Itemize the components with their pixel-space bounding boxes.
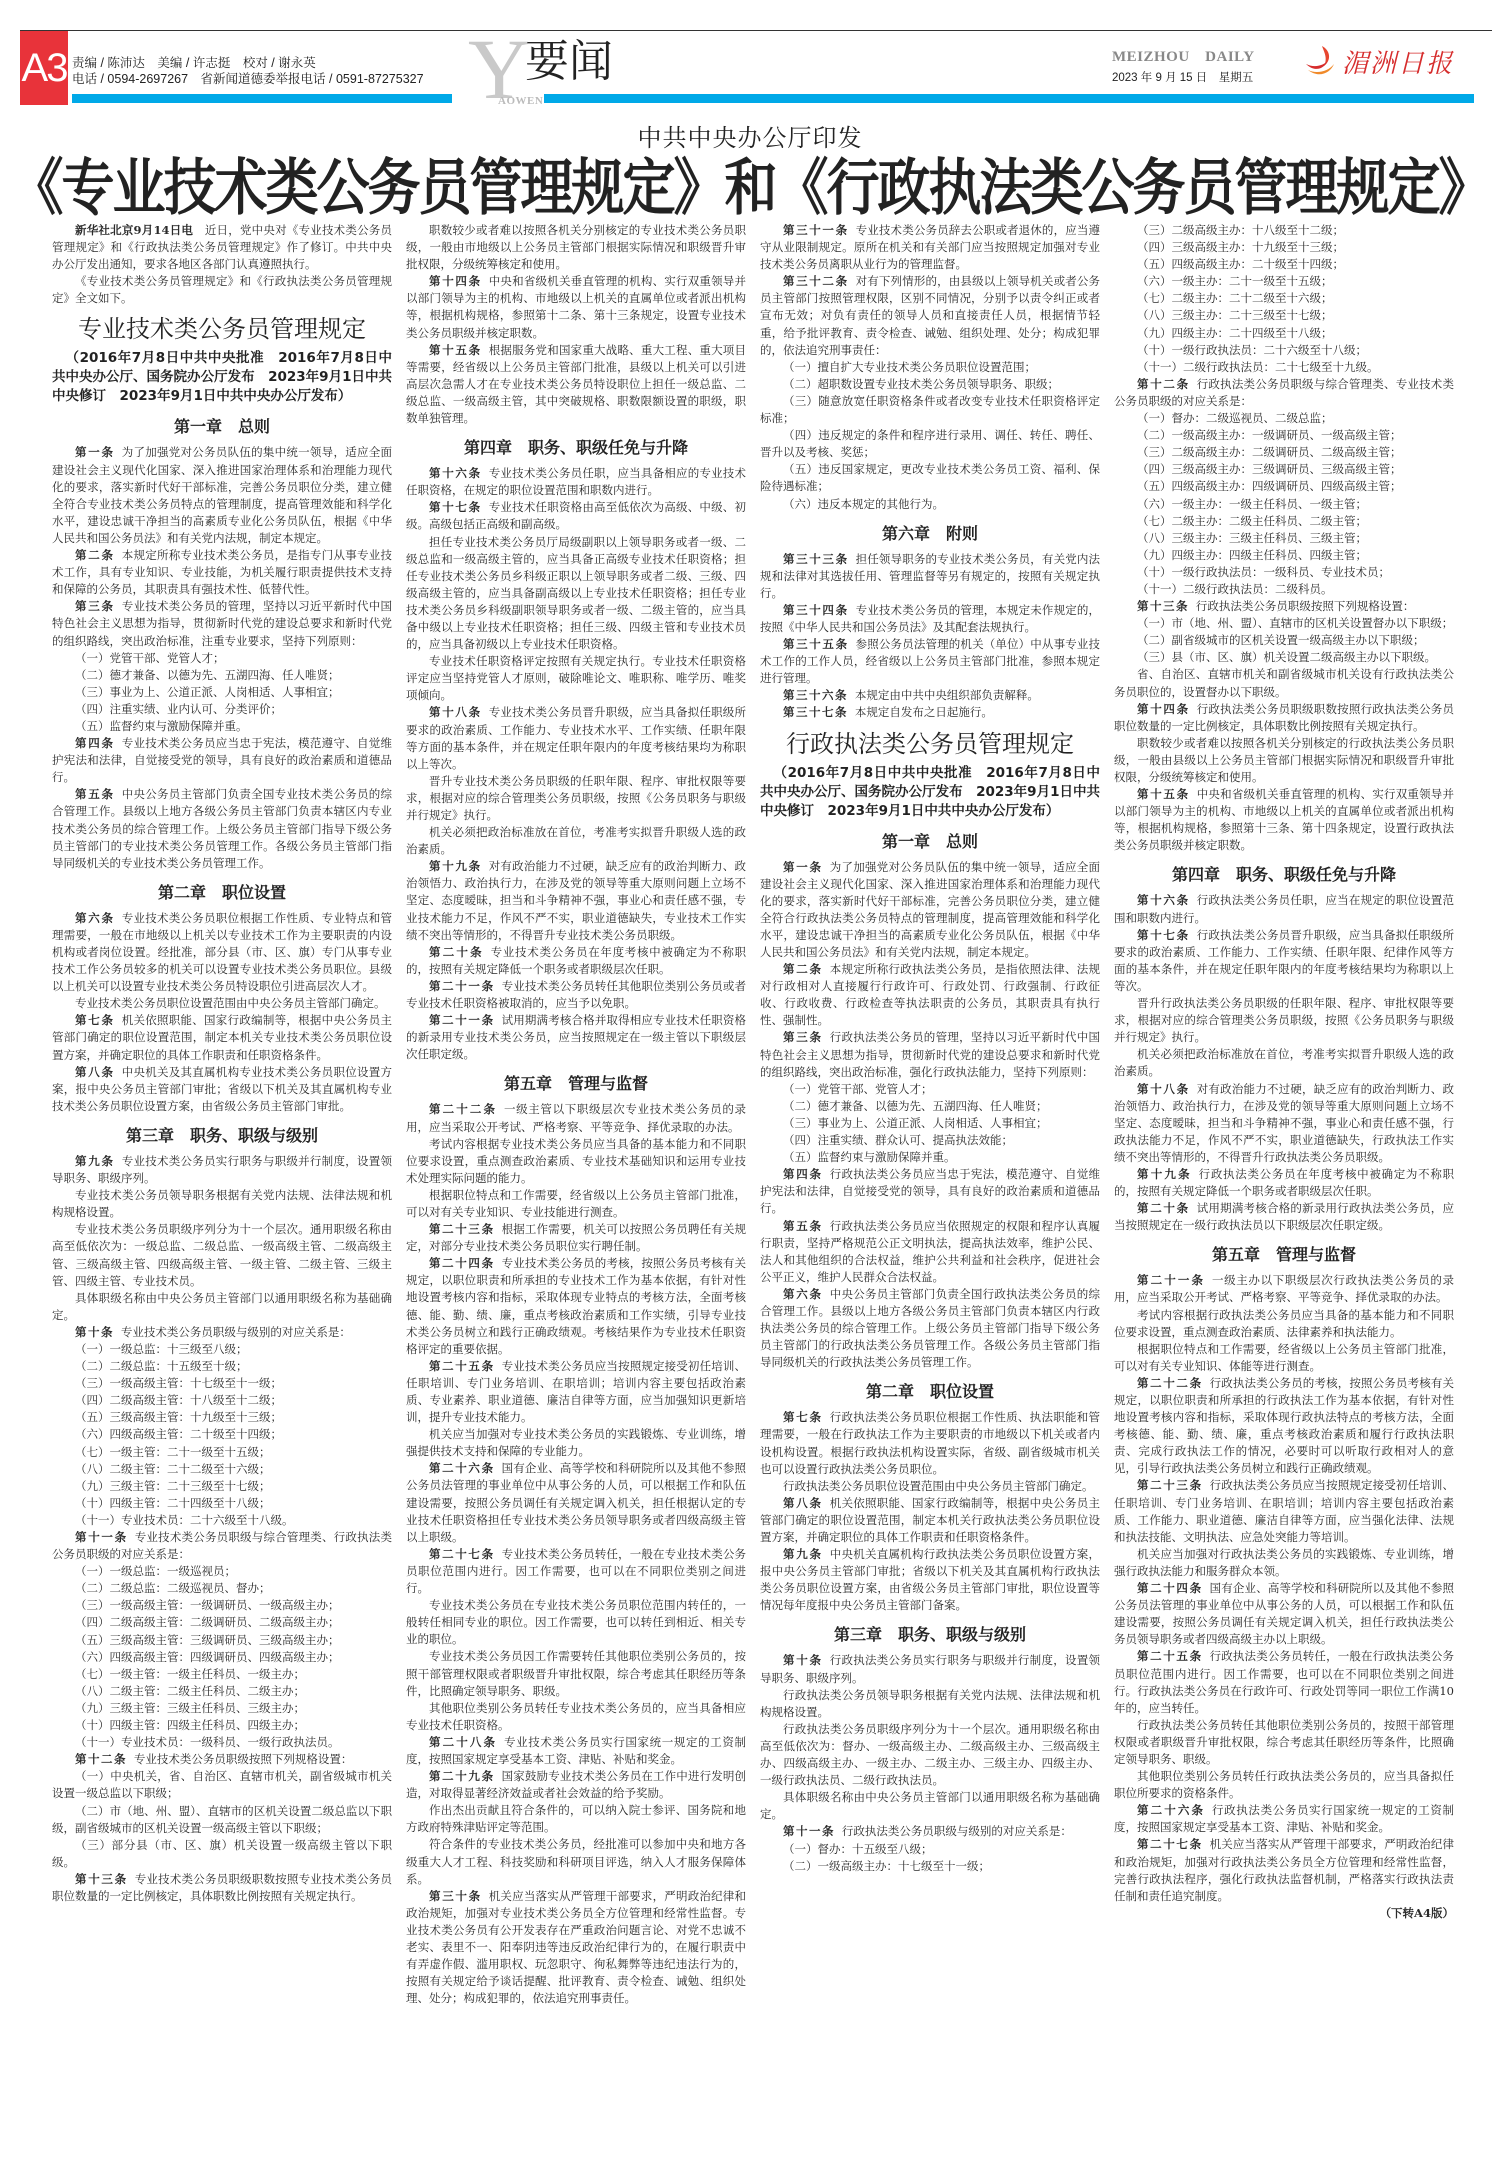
continued-on-a4[interactable]: （下转A4版） <box>1114 1905 1454 1922</box>
article-headline: 《专业技术类公务员管理规定》和《行政执法类公务员管理规定》 <box>0 152 1500 226</box>
column-3: 第三十一条专业技术类公务员辞去公职或者退休的，应当遵守从业限制规定。原所在机关和… <box>760 222 1100 2162</box>
r1-article-26: 第二十六条国有企业、高等学校和科研院所以及其他不参照公务员法管理的事业单位中从事… <box>406 1460 746 1545</box>
r1-article-20: 第二十条专业技术类公务员在年度考核中被确定为不称职的，按照有关规定降低一个职务或… <box>406 944 746 978</box>
r1-a11-item: （十）四级主管：四级主任科员、四级主办； <box>52 1717 392 1734</box>
r1-chapter-4: 第四章 职务、职级任免与升降 <box>406 437 746 459</box>
r2-article-9: 第九条中央机关直属机构行政执法类公务员职位设置方案，报中央公务员主管部门审批；省… <box>760 1546 1100 1614</box>
r2-article-2: 第二条本规定所称行政执法类公务员，是指依照法律、法规对行政相对人直接履行行政许可… <box>760 961 1100 1029</box>
r2-a12-item: （二）一级高级主办：一级调研员、一级高级主管； <box>1114 427 1454 444</box>
r1-article-17c: 专业技术任职资格评定按照有关规定执行。专业技术任职资格评定应当坚持党管人才原则，… <box>406 653 746 704</box>
r1-a3-item: （五）监督约束与激励保障并重。 <box>52 718 392 735</box>
r1-a10-item: （三）一级高级主管：十七级至十一级； <box>52 1375 392 1392</box>
r1-article-21b: 第二十一条试用期满考核合格并取得相应专业技术任职资格的新录用专业技术类公务员，应… <box>406 1012 746 1063</box>
r1-article-10: 第十条专业技术类公务员职级与级别的对应关系是： <box>52 1324 392 1341</box>
masthead: A3 责编 / 陈沛达 美编 / 许志挺 校对 / 谢永英 电话 / 0594-… <box>20 31 1500 105</box>
r2-a11-item: （一）督办：十五级至八级； <box>760 1841 1100 1858</box>
r2-article-21b: 考试内容根据行政执法类公务员应当具备的基本能力和不同职位要求设置，重点测查政治素… <box>1114 1307 1454 1341</box>
r2-a12-item: （五）四级高级主办：四级调研员、四级高级主管； <box>1114 478 1454 495</box>
r1-article-29b: 作出杰出贡献且符合条件的，可以纳入院士参评、国务院和地方政府特殊津贴评定等范围。 <box>406 1802 746 1836</box>
credits-line-2: 电话 / 0594-2697267 省新闻道德委举报电话 / 0591-8727… <box>72 71 424 87</box>
page-number-badge: A3 <box>20 31 68 105</box>
r2-article-6: 第六条中央公务员主管部门负责全国行政执法类公务员的综合管理工作。县级以上地方各级… <box>760 1286 1100 1371</box>
r1-a32-item: （四）违反规定的条件和程序进行录用、调任、转任、聘任、晋升以及考核、奖惩； <box>760 427 1100 461</box>
column-1: 新华社北京9月14日电 近日，党中央对《专业技术类公务员管理规定》和《行政执法类… <box>52 222 392 2162</box>
r1-article-29: 第二十九条国家鼓励专业技术类公务员在工作中进行发明创造，对取得显著经济效益或者社… <box>406 1768 746 1802</box>
r1-chapter-6: 第六章 附则 <box>760 523 1100 545</box>
r1-a12-item: （一）中央机关，省、自治区、直辖市机关，副省级城市机关设置一级总监以下职级； <box>52 1768 392 1802</box>
r2-article-24: 第二十四条国有企业、高等学校和科研院所以及其他不参照公务员法管理的事业单位中从事… <box>1114 1580 1454 1648</box>
r2-a11-item: （五）四级高级主办：二十级至十四级； <box>1114 256 1454 273</box>
r1-article-8: 第八条中央机关及其直属机构专业技术类公务员职位设置方案，报中央公务员主管部门审批… <box>52 1064 392 1115</box>
r1-a10-item: （二）二级总监：十五级至十级； <box>52 1358 392 1375</box>
r1-a12-item: （二）市（地、州、盟）、直辖市的区机关设置二级总监以下职级，副省级城市的区机关设… <box>52 1803 392 1837</box>
r1-article-13: 第十三条专业技术类公务员职级职数按照专业技术类公务员职位数量的一定比例核定，具体… <box>52 1871 392 1905</box>
r2-article-8: 第八条机关依照职能、国家行政编制等，根据中央公务员主管部门确定的职位设置范围，制… <box>760 1495 1100 1546</box>
r2-article-11: 第十一条行政执法类公务员职级与级别的对应关系是： <box>760 1823 1100 1840</box>
r2-a11-item: （十一）二级行政执法员：二十七级至十九级。 <box>1114 359 1454 376</box>
r1-article-28: 第二十八条专业技术类公务员实行国家统一规定的工资制度，按照国家规定享受基本工资、… <box>406 1734 746 1768</box>
r2-article-20: 第二十条试用期满考核合格的新录用行政执法类公务员，应当按照规定在一级行政执法员以… <box>1114 1200 1454 1234</box>
r2-article-13b: 省、自治区、直辖市机关和副省级城市机关设有行政执法类公务员职位的，设置督办以下职… <box>1114 666 1454 700</box>
r2-a11-item: （七）二级主办：二十二级至十六级； <box>1114 290 1454 307</box>
r1-article-9: 第九条专业技术类公务员实行职务与职级并行制度，设置领导职务、职级序列。 <box>52 1153 392 1187</box>
r2-article-25c: 其他职位类别公务员转任行政执法类公务员的，应当具备拟任职位所要求的资格条件。 <box>1114 1768 1454 1802</box>
r1-a11-item: （四）二级高级主管：二级调研员、二级高级主办； <box>52 1614 392 1631</box>
r1-a32-item: （五）违反国家规定，更改专业技术类公务员工资、福利、保险待遇标准； <box>760 461 1100 495</box>
r1-a12-item: （三）部分县（市、区、旗）机关设置一级高级主管以下职级。 <box>52 1837 392 1871</box>
r1-a11-item: （六）四级高级主管：四级调研员、四级高级主办； <box>52 1649 392 1666</box>
r1-article-36: 第三十六条本规定由中共中央组织部负责解释。 <box>760 687 1100 704</box>
r2-a3-item: （四）注重实绩、群众认可、提高执法效能； <box>760 1132 1100 1149</box>
r2-article-13: 第十三条行政执法类公务员职级按照下列规格设置： <box>1114 598 1454 615</box>
r1-article-5: 第五条中央公务员主管部门负责全国专业技术类公务员的综合管理工作。县级以上地方各级… <box>52 786 392 871</box>
r1-a10-item: （七）一级主管：二十一级至十五级； <box>52 1444 392 1461</box>
r2-article-25: 第二十五条行政执法类公务员转任，一般在行政执法类公务员职位范围内进行。因工作需要… <box>1114 1648 1454 1716</box>
r2-article-21c: 根据职位特点和工作需要，经省级以上公务员主管部门批准，可以对有关专业知识、体能等… <box>1114 1341 1454 1375</box>
r1-a10-item: （五）三级高级主管：十九级至十三级； <box>52 1409 392 1426</box>
r1-article-11: 第十一条专业技术类公务员职级与综合管理类、行政执法类公务员职级的对应关系是： <box>52 1529 392 1563</box>
r1-article-19: 第十九条对有政治能力不过硬，缺乏应有的政治判断力、政治领悟力、政治执行力，在涉及… <box>406 858 746 943</box>
r1-article-12: 第十二条专业技术类公务员职级按照下列规格设置： <box>52 1751 392 1768</box>
r1-article-25b: 机关应当加强对专业技术类公务员的实践锻炼、专业训练，增强提供技术支持和保障的专业… <box>406 1426 746 1460</box>
r1-article-6: 第六条专业技术类公务员职位根据工作性质、专业特点和管理需要，一般在市地级以上机关… <box>52 910 392 995</box>
r2-article-22: 第二十二条行政执法类公务员的考核，按照公务员考核有关规定，以职位职责和所承担的行… <box>1114 1375 1454 1478</box>
r1-a10-item: （八）二级主管：二十二级至十六级； <box>52 1461 392 1478</box>
r2-a12-item: （九）四级主办：四级主任科员、四级主管； <box>1114 547 1454 564</box>
r1-article-6b: 专业技术类公务员职位设置范围由中央公务员主管部门确定。 <box>52 995 392 1012</box>
r2-a13-item: （一）市（地、州、盟）、直辖市的区机关设置督办以下职级； <box>1114 615 1454 632</box>
r1-a11-item: （九）三级主管：三级主任科员、三级主办； <box>52 1700 392 1717</box>
r1-article-33: 第三十三条担任领导职务的专业技术类公务员，有关党内法规和法律对其选拔任用、管理监… <box>760 551 1100 602</box>
r2-a11-item: （三）二级高级主办：十八级至十二级； <box>1114 222 1454 239</box>
r2-article-5: 第五条行政执法类公务员应当依照规定的权限和程序认真履行职责，坚持严格规范公正文明… <box>760 1218 1100 1286</box>
r2-a3-item: （三）事业为上、公道正派、人岗相适、人事相宜； <box>760 1115 1100 1132</box>
r1-article-21: 第二十一条专业技术类公务员转任其他职位类别公务员或者专业技术任职资格被取消的，应… <box>406 978 746 1012</box>
r2-chapter-2: 第二章 职位设置 <box>760 1381 1100 1403</box>
r2-a3-item: （二）德才兼备、以德为先、五湖四海、任人唯贤； <box>760 1098 1100 1115</box>
r2-a11-item: （八）三级主办：二十三级至十七级； <box>1114 307 1454 324</box>
r1-article-18c: 机关必须把政治标准放在首位，考准考实拟晋升职级人选的政治素质。 <box>406 824 746 858</box>
r2-article-17: 第十七条行政执法类公务员晋升职级，应当具备拟任职级所要求的政治素质、工作能力、工… <box>1114 927 1454 995</box>
r2-a12-item: （六）一级主办：一级主任科员、一级主管； <box>1114 496 1454 513</box>
r1-a3-item: （四）注重实绩、业内认可、分类评价； <box>52 701 392 718</box>
r1-article-9d: 具体职级名称由中央公务员主管部门以通用职级名称为基础确定。 <box>52 1290 392 1324</box>
r1-chapter-1: 第一章 总则 <box>52 416 392 438</box>
r2-a3-item: （一）党管干部、党管人才； <box>760 1081 1100 1098</box>
r1-article-18b: 晋升专业技术类公务员职级的任职年限、程序、审批权限等要求，根据对应的综合管理类公… <box>406 773 746 824</box>
accent-bar-left <box>72 94 452 103</box>
r2-a11-item: （九）四级主办：二十四级至十八级； <box>1114 325 1454 342</box>
r1-article-17b: 担任专业技术类公务员厅局级副职以上领导职务或者一级、二级总监和一级高级主管的，应… <box>406 534 746 654</box>
r2-article-14: 第十四条行政执法类公务员职级职数按照行政执法类公务员职位数量的一定比例核定，具体… <box>1114 701 1454 735</box>
regulation-2-title: 行政执法类公务员管理规定 <box>760 728 1100 760</box>
r1-article-22b: 考试内容根据专业技术类公务员应当具备的基本能力和不同职位要求设置，重点测查政治素… <box>406 1136 746 1187</box>
r2-a12-item: （七）二级主办：二级主任科员、二级主管； <box>1114 513 1454 530</box>
r1-a11-item: （十一）专业技术员：一级科员、一级行政执法员。 <box>52 1734 392 1751</box>
r1-a10-item: （十）四级主管：二十四级至十八级； <box>52 1495 392 1512</box>
r2-article-25b: 行政执法类公务员转任其他职位类别公务员的，按照干部管理权限或者职级晋升审批权限，… <box>1114 1717 1454 1768</box>
r2-a11-item: （六）一级主办：二十一级至十五级； <box>1114 273 1454 290</box>
r1-article-24: 第二十四条专业技术类公务员的考核，按照公务员考核有关规定，以职位职责和所承担的专… <box>406 1255 746 1358</box>
r2-article-10d: 具体职级名称由中央公务员主管部门以通用职级名称为基础确定。 <box>760 1789 1100 1823</box>
r2-article-10c: 行政执法类公务员职级序列分为十一个层次。通用职级名称由高至低依次为：督办、一级高… <box>760 1721 1100 1789</box>
r2-a11-item: （二）一级高级主办：十七级至十一级； <box>760 1858 1100 1875</box>
r2-a11-item: （四）三级高级主办：十九级至十三级； <box>1114 239 1454 256</box>
r1-a32-item: （六）违反本规定的其他行为。 <box>760 496 1100 513</box>
r1-a32-item: （三）随意放宽任职资格条件或者改变专业技术任职资格评定标准； <box>760 393 1100 427</box>
r2-chapter-4: 第四章 职务、职级任免与升降 <box>1114 864 1454 886</box>
r2-a11-item: （十）一级行政执法员：二十六级至十八级； <box>1114 342 1454 359</box>
r2-article-4: 第四条行政执法类公务员应当忠于宪法，模范遵守、自觉维护宪法和法律，自觉接受党的领… <box>760 1166 1100 1217</box>
r1-article-29c: 符合条件的专业技术类公务员，经批准可以参加中央和地方各级重大人才工程、科技奖励和… <box>406 1836 746 1887</box>
r2-article-19: 第十九条行政执法类公务员在年度考核中被确定为不称职的，按照有关规定降低一个职务或… <box>1114 1166 1454 1200</box>
r1-a10-item: （十一）专业技术员：二十六级至十八级。 <box>52 1512 392 1529</box>
r2-a3-item: （五）监督约束与激励保障并重。 <box>760 1149 1100 1166</box>
r2-article-12: 第十二条行政执法类公务员职级与综合管理类、专业技术类公务员职级的对应关系是： <box>1114 376 1454 410</box>
r1-article-32: 第三十二条对有下列情形的，由县级以上领导机关或者公务员主管部门按照管理权限，区别… <box>760 273 1100 358</box>
r1-article-27: 第二十七条专业技术类公务员转任，一般在专业技术类公务员职位范围内进行。因工作需要… <box>406 1546 746 1597</box>
r1-chapter-2: 第二章 职位设置 <box>52 882 392 904</box>
r1-a32-item: （一）擅自扩大专业技术类公务员职位设置范围； <box>760 359 1100 376</box>
editor-credits: 责编 / 陈沛达 美编 / 许志挺 校对 / 谢永英 电话 / 0594-269… <box>72 55 424 87</box>
r2-a12-item: （一）督办：二级巡视员、二级总监； <box>1114 410 1454 427</box>
accent-bar-right <box>544 94 1474 103</box>
r2-article-1: 第一条为了加强党对公务员队伍的集中统一领导，适应全面建设社会主义现代化国家、深入… <box>760 859 1100 962</box>
r1-a11-item: （八）二级主管：二级主任科员、二级主办； <box>52 1683 392 1700</box>
r2-a12-item: （十一）二级行政执法员：二级科员。 <box>1114 581 1454 598</box>
r2-article-7: 第七条行政执法类公务员职位根据工作性质、执法职能和管理需要，一般在行政执法工作为… <box>760 1409 1100 1477</box>
r2-a13-item: （三）县（市、区、旗）机关设置二级高级主办以下职级。 <box>1114 649 1454 666</box>
r2-article-27: 第二十七条机关应当落实从严管理干部要求，严明政治纪律和政治规矩，加强对行政执法类… <box>1114 1836 1454 1904</box>
r1-article-37: 第三十七条本规定自发布之日起施行。 <box>760 704 1100 721</box>
flame-logo-icon <box>1302 44 1338 78</box>
r2-a12-item: （十）一级行政执法员：一级科员、专业技术员； <box>1114 564 1454 581</box>
r2-article-17b: 晋升行政执法类公务员职级的任职年限、程序、审批权限等要求，根据对应的综合管理类公… <box>1114 995 1454 1046</box>
r1-article-14: 第十四条中央和省级机关垂直管理的机构、实行双重领导并以部门领导为主的机构、市地级… <box>406 273 746 341</box>
r1-article-9c: 专业技术类公务员职级序列分为十一个层次。通用职级名称由高至低依次为：一级总监、二… <box>52 1221 392 1289</box>
paper-logo-text: 湄洲日报 <box>1342 43 1454 80</box>
dateline: 新华社北京9月14日电 <box>75 223 193 237</box>
r1-article-13b: 职数较少或者难以按照各机关分别核定的专业技术类公务员职级，一般由市地级以上公务员… <box>406 222 746 273</box>
r1-article-3: 第三条专业技术类公务员的管理，坚持以习近平新时代中国特色社会主义思想为指导，贯彻… <box>52 598 392 649</box>
r1-chapter-5: 第五章 管理与监督 <box>406 1073 746 1095</box>
r1-article-7: 第七条机关依照职能、国家行政编制等，根据中央公务员主管部门确定的职位设置范围，制… <box>52 1012 392 1063</box>
article-kicker: 中共中央办公厅印发 <box>0 118 1500 153</box>
r2-chapter-3: 第三章 职务、职级与级别 <box>760 1624 1100 1646</box>
r1-a11-item: （七）一级主管：一级主任科员、一级主办； <box>52 1666 392 1683</box>
r2-a12-item: （四）三级高级主办：三级调研员、三级高级主管； <box>1114 461 1454 478</box>
r1-article-27d: 其他职位类别公务员转任专业技术类公务员的，应当具备相应专业技术任职资格。 <box>406 1700 746 1734</box>
r2-article-26: 第二十六条行政执法类公务员实行国家统一规定的工资制度，按照国家规定享受基本工资、… <box>1114 1802 1454 1836</box>
r1-article-1: 第一条为了加强党对公务员队伍的集中统一领导，适应全面建设社会主义现代化国家、深入… <box>52 444 392 547</box>
r1-article-2: 第二条本规定所称专业技术类公务员，是指专门从事专业技术工作，具有专业知识、专业技… <box>52 547 392 598</box>
r1-a3-item: （一）党管干部、党管人才； <box>52 650 392 667</box>
section-pinyin: AOWEN <box>498 95 543 107</box>
r1-article-35: 第三十五条参照公务员法管理的机关（单位）中从事专业技术工作的工作人员，经省级以上… <box>760 636 1100 687</box>
r2-article-16: 第十六条行政执法类公务员任职，应当在规定的职位设置范围和职数内进行。 <box>1114 892 1454 926</box>
r2-article-23: 第二十三条行政执法类公务员应当按照规定接受初任培训、任职培训、专门业务培训、在职… <box>1114 1477 1454 1545</box>
r1-a10-item: （一）一级总监：十三级至八级； <box>52 1341 392 1358</box>
r2-article-23b: 机关应当加强对行政执法类公务员的实践锻炼、专业训练，增强行政执法能力和服务群众本… <box>1114 1546 1454 1580</box>
r2-a12-item: （三）二级高级主办：二级调研员、二级高级主管； <box>1114 444 1454 461</box>
r1-article-17: 第十七条专业技术任职资格由高至低依次为高级、中级、初级。高级包括正高级和副高级。 <box>406 499 746 533</box>
r2-chapter-5: 第五章 管理与监督 <box>1114 1244 1454 1266</box>
regulation-1-title: 专业技术类公务员管理规定 <box>52 313 392 345</box>
r2-article-15: 第十五条中央和省级机关垂直管理的机构、实行双重领导并以部门领导为主的机构、市地级… <box>1114 786 1454 854</box>
r1-chapter-3: 第三章 职务、职级与级别 <box>52 1125 392 1147</box>
r1-a3-item: （二）德才兼备、以德为先、五湖四海、任人唯贤； <box>52 667 392 684</box>
r1-a11-item: （三）一级高级主管：一级调研员、一级高级主办； <box>52 1597 392 1614</box>
r1-a11-item: （二）二级总监：二级巡视员、督办； <box>52 1580 392 1597</box>
r1-article-22: 第二十二条一级主管以下职级层次专业技术类公务员的录用，应当采取公开考试、严格考察… <box>406 1101 746 1135</box>
r1-a11-item: （五）三级高级主管：三级调研员、三级高级主办； <box>52 1632 392 1649</box>
r1-article-16: 第十六条专业技术类公务员任职，应当具备相应的专业技术任职资格，在规定的职位设置范… <box>406 465 746 499</box>
r1-article-27b: 专业技术类公务员在专业技术类公务员职位范围内转任的，一般转任相同专业的职位。因工… <box>406 1597 746 1648</box>
credits-line-1: 责编 / 陈沛达 美编 / 许志挺 校对 / 谢永英 <box>72 55 424 71</box>
issue-date: 2023 年 9 月 15 日 星期五 <box>1112 69 1253 85</box>
paper-logo: 湄洲日报 <box>1302 43 1472 79</box>
article-body: 新华社北京9月14日电 近日，党中央对《专业技术类公务员管理规定》和《行政执法类… <box>52 222 1454 2162</box>
r1-article-22c: 根据职位特点和工作需要，经省级以上公务员主管部门批准，可以对有关专业知识、专业技… <box>406 1187 746 1221</box>
r2-chapter-1: 第一章 总则 <box>760 831 1100 853</box>
column-4: （三）二级高级主办：十八级至十二级； （四）三级高级主办：十九级至十三级； （五… <box>1114 222 1454 2162</box>
section-title: 要闻 <box>525 39 613 85</box>
r1-article-31: 第三十一条专业技术类公务员辞去公职或者退休的，应当遵守从业限制规定。原所在机关和… <box>760 222 1100 273</box>
r1-a11-item: （一）一级总监：一级巡视员； <box>52 1563 392 1580</box>
r1-article-15: 第十五条根据服务党和国家重大战略、重大工程、重大项目等需要，经省级以上公务员主管… <box>406 342 746 427</box>
r2-article-3: 第三条行政执法类公务员的管理，坚持以习近平新时代中国特色社会主义思想为指导，贯彻… <box>760 1029 1100 1080</box>
regulation-1-note: （2016年7月8日中共中央批准 2016年7月8日中共中央办公厅、国务院办公厅… <box>52 349 392 406</box>
r2-article-10: 第十条行政执法类公务员实行职务与职级并行制度，设置领导职务、职级序列。 <box>760 1652 1100 1686</box>
r1-article-9b: 专业技术类公务员领导职务根据有关党内法规、法律法规和机构规格设置。 <box>52 1187 392 1221</box>
r1-a10-item: （九）三级主管：二十三级至十七级； <box>52 1478 392 1495</box>
r1-a32-item: （二）超职数设置专业技术类公务员领导职务、职级； <box>760 376 1100 393</box>
intro-paragraph-2: 《专业技术类公务员管理规定》和《行政执法类公务员管理规定》全文如下。 <box>52 273 392 307</box>
r2-article-7b: 行政执法类公务员职位设置范围由中央公务员主管部门确定。 <box>760 1478 1100 1495</box>
r1-article-25: 第二十五条专业技术类公务员应当按照规定接受初任培训、任职培训、专门业务培训、在职… <box>406 1358 746 1426</box>
r1-article-23: 第二十三条根据工作需要，机关可以按照公务员聘任有关规定，对部分专业技术类公务员职… <box>406 1221 746 1255</box>
r2-article-18: 第十八条对有政治能力不过硬，缺乏应有的政治判断力、政治领悟力、政治执行力，在涉及… <box>1114 1081 1454 1166</box>
r2-article-17c: 机关必须把政治标准放在首位，考准考实拟晋升职级人选的政治素质。 <box>1114 1046 1454 1080</box>
r2-article-14b: 职数较少或者难以按照各机关分别核定的行政执法类公务员职级，一般由县级以上公务员主… <box>1114 735 1454 786</box>
r1-a3-item: （三）事业为上、公道正派、人岗相适、人事相宜； <box>52 684 392 701</box>
regulation-2-note: （2016年7月8日中共中央批准 2016年7月8日中共中央办公厅、国务院办公厅… <box>760 764 1100 821</box>
r2-a12-item: （八）三级主办：三级主任科员、三级主管； <box>1114 530 1454 547</box>
r1-article-34: 第三十四条专业技术类公务员的管理，本规定未作规定的，按照《中华人民共和国公务员法… <box>760 602 1100 636</box>
paper-name-english: MEIZHOU DAILY <box>1112 45 1255 66</box>
r2-a13-item: （二）副省级城市的区机关设置一级高级主办以下职级； <box>1114 632 1454 649</box>
r2-article-10b: 行政执法类公务员领导职务根据有关党内法规、法律法规和机构规格设置。 <box>760 1687 1100 1721</box>
r1-article-4: 第四条专业技术类公务员应当忠于宪法，模范遵守、自觉维护宪法和法律，自觉接受党的领… <box>52 735 392 786</box>
r1-a10-item: （六）四级高级主管：二十级至十四级； <box>52 1426 392 1443</box>
r1-article-30: 第三十条机关应当落实从严管理干部要求，严明政治纪律和政治规矩，加强对专业技术类公… <box>406 1888 746 2008</box>
r1-article-18: 第十八条专业技术类公务员晋升职级，应当具备拟任职级所要求的政治素质、工作能力、专… <box>406 704 746 772</box>
r2-article-21: 第二十一条一级主办以下职级层次行政执法类公务员的录用，应当采取公开考试、严格考察… <box>1114 1272 1454 1306</box>
column-2: 职数较少或者难以按照各机关分别核定的专业技术类公务员职级，一般由市地级以上公务员… <box>406 222 746 2162</box>
r1-a10-item: （四）二级高级主管：十八级至十二级； <box>52 1392 392 1409</box>
r1-article-27c: 专业技术类公务员因工作需要转任其他职位类别公务员的，按照干部管理权限或者职级晋升… <box>406 1648 746 1699</box>
